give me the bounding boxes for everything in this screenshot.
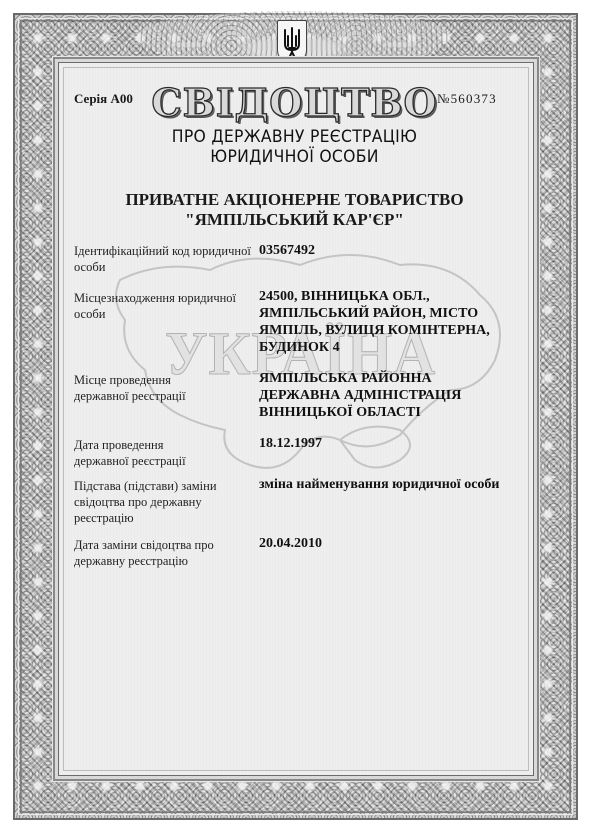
label-line: Дата заміни свідоцтва про: [74, 537, 254, 553]
field-value-id-code: 03567492: [259, 242, 529, 259]
document-subtitle-line2: ЮРИДИЧНОЇ ОСОБИ: [24, 147, 566, 168]
field-value-registration-date: 18.12.1997: [259, 435, 529, 452]
field-value-address: 24500, ВІННИЦЬКА ОБЛ., ЯМПІЛЬСЬКИЙ РАЙОН…: [259, 288, 529, 356]
value-line: ЯМПІЛЬ, ВУЛИЦЯ КОМІНТЕРНА,: [259, 322, 529, 339]
label-line: свідоцтва про державну: [74, 494, 254, 510]
organization-name-line2: "ЯМПІЛЬСЬКИЙ КАР'ЄР": [0, 209, 589, 230]
trident-icon: [282, 26, 302, 58]
label-line: державної реєстрації: [74, 388, 254, 404]
value-line: ВІННИЦЬКОЇ ОБЛАСТІ: [259, 404, 529, 421]
value-line: ДЕРЖАВНА АДМІНІСТРАЦІЯ: [259, 387, 529, 404]
field-label-replacement-reason: Підстава (підстави) заміни свідоцтва про…: [74, 478, 254, 526]
field-value-replacement-date: 20.04.2010: [259, 535, 529, 552]
field-label-registration-date: Дата проведення державної реєстрації: [74, 437, 254, 469]
label-line: Місцезнаходження юридичної: [74, 290, 254, 306]
value-line: зміна найменування юридичної особи: [259, 476, 529, 493]
field-label-id-code: Ідентифікаційний код юридичної особи: [74, 243, 254, 275]
label-line: державної реєстрації: [74, 453, 254, 469]
organization-name-line1: ПРИВАТНЕ АКЦІОНЕРНЕ ТОВАРИСТВО: [0, 189, 589, 210]
value-line: ЯМПІЛЬСЬКА РАЙОННА: [259, 370, 529, 387]
label-line: Місце проведення: [74, 372, 254, 388]
value-line: ЯМПІЛЬСЬКИЙ РАЙОН, МІСТО: [259, 305, 529, 322]
label-line: Ідентифікаційний код юридичної: [74, 243, 254, 259]
field-value-replacement-reason: зміна найменування юридичної особи: [259, 476, 529, 493]
label-line: реєстрацію: [74, 510, 254, 526]
label-line: державну реєстрацію: [74, 553, 254, 569]
label-line: Підстава (підстави) заміни: [74, 478, 254, 494]
field-value-registration-place: ЯМПІЛЬСЬКА РАЙОННА ДЕРЖАВНА АДМІНІСТРАЦІ…: [259, 370, 529, 421]
label-line: особи: [74, 259, 254, 275]
coat-of-arms-icon: [277, 20, 307, 64]
field-label-address: Місцезнаходження юридичної особи: [74, 290, 254, 322]
value-line: 20.04.2010: [259, 535, 529, 552]
field-label-replacement-date: Дата заміни свідоцтва про державну реєст…: [74, 537, 254, 569]
document-subtitle-line1: ПРО ДЕРЖАВНУ РЕЄСТРАЦІЮ: [24, 127, 566, 148]
field-label-registration-place: Місце проведення державної реєстрації: [74, 372, 254, 404]
label-line: особи: [74, 306, 254, 322]
value-line: БУДИНОК 4: [259, 339, 529, 356]
value-line: 03567492: [259, 242, 529, 259]
value-line: 24500, ВІННИЦЬКА ОБЛ.,: [259, 288, 529, 305]
value-line: 18.12.1997: [259, 435, 529, 452]
document-title: СВІДОЦТВО: [0, 80, 589, 125]
label-line: Дата проведення: [74, 437, 254, 453]
